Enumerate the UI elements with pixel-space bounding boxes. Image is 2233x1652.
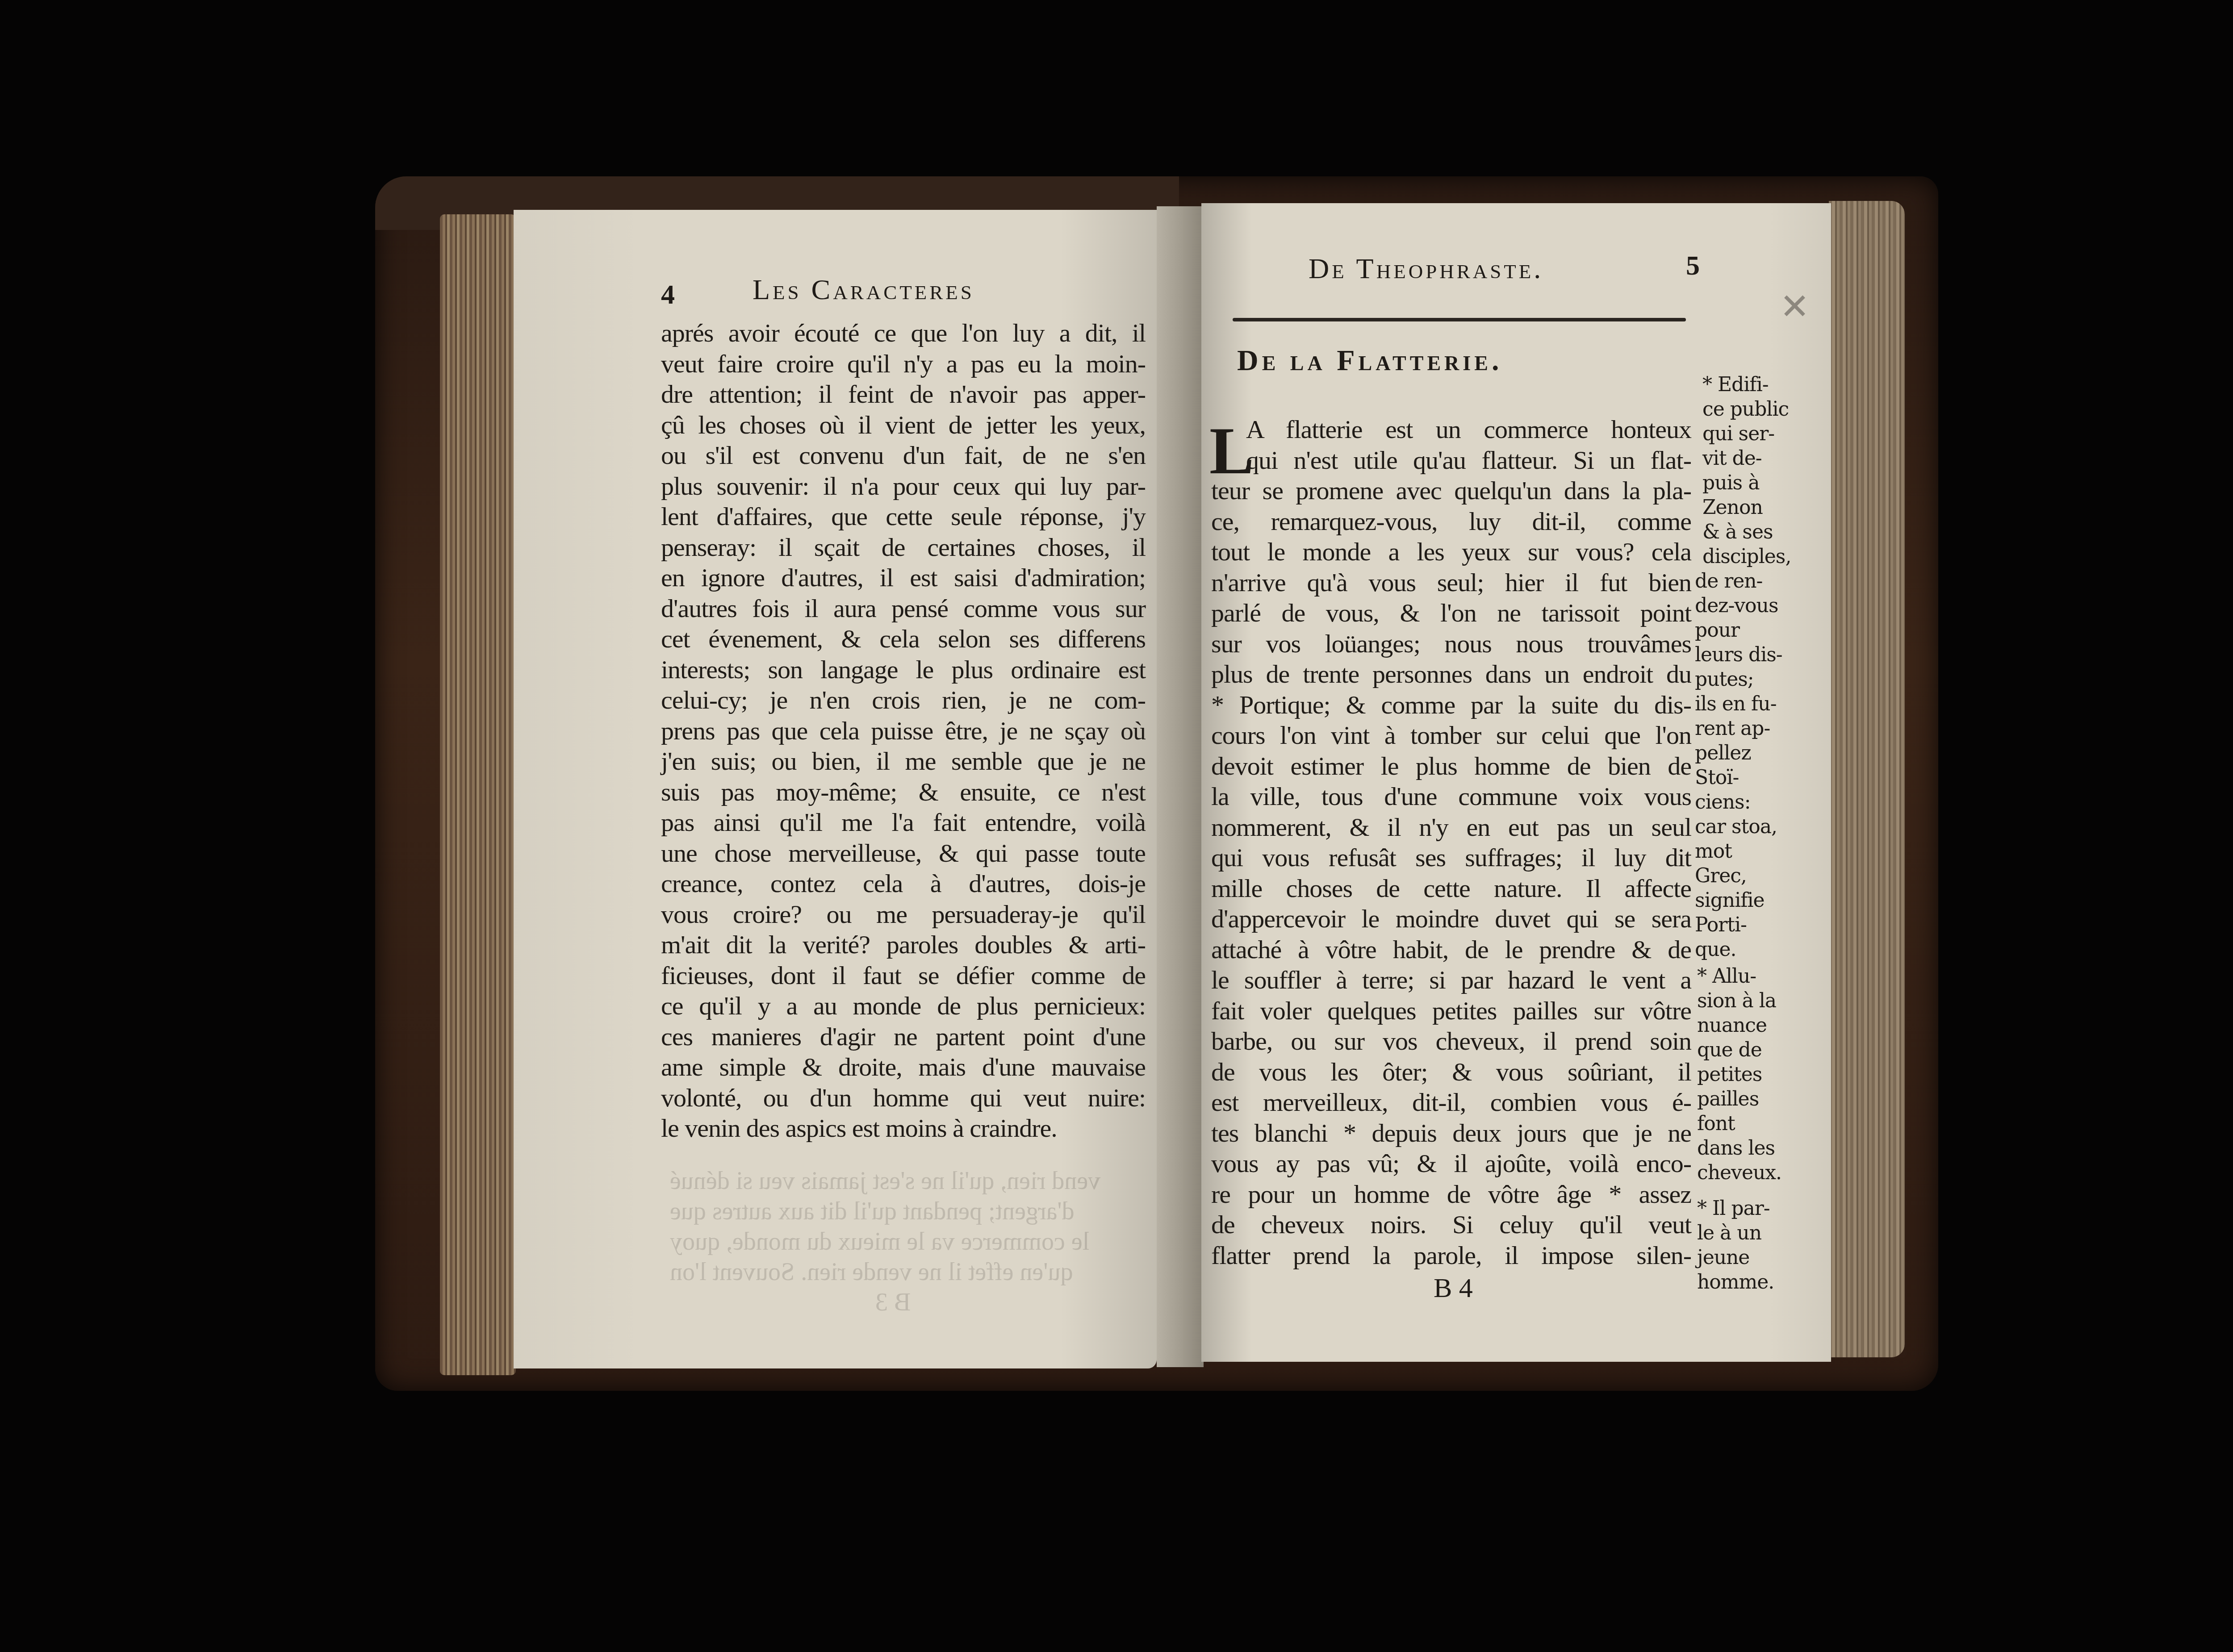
text-line: cours l'on vint à tomber sur celui que l… xyxy=(1211,720,1691,751)
margin-note-line: dez-vous xyxy=(1695,594,1791,618)
text-line: vous ay pas vû; & il ajoûte, voilà enco- xyxy=(1211,1148,1691,1179)
margin-note-line: ciens: xyxy=(1695,790,1791,814)
text-line: vous croire? ou me persuaderay-je qu'il xyxy=(661,899,1146,930)
text-line: tes blanchi * depuis deux jours que je n… xyxy=(1211,1118,1691,1148)
text-line: n'arrive qu'à vous seul; hier il fut bie… xyxy=(1211,567,1691,598)
text-line: aprés avoir écouté ce que l'on luy a dit… xyxy=(661,318,1146,348)
text-line: ces manieres d'agir ne partent point d'u… xyxy=(661,1022,1146,1052)
margin-note-line: Porti- xyxy=(1695,913,1791,937)
text-line: * Portique; & comme par la suite du dis- xyxy=(1211,690,1691,720)
text-line: en ignore d'autres, il est saisi d'admir… xyxy=(661,563,1146,593)
margin-note-line: dans les xyxy=(1697,1136,1793,1160)
signature-mark: B 4 xyxy=(1434,1272,1473,1304)
chapter-title: De la Flatterie. xyxy=(1237,344,1502,378)
show-through-line: d'argent; pendant qu'il dit aux autres q… xyxy=(670,1196,1075,1227)
show-through-line: B 3 xyxy=(875,1287,911,1318)
gutter-shadow xyxy=(1157,206,1204,1367)
left-page-number: 4 xyxy=(661,279,675,311)
margin-note-line: que de xyxy=(1697,1038,1793,1062)
margin-note-line: pailles xyxy=(1697,1087,1793,1111)
text-line: sur vos loüanges; nous nous trouvâmes xyxy=(1211,629,1691,659)
margin-note-line: nuance xyxy=(1697,1014,1793,1038)
text-line: ce, remarquez-vous, luy dit-il, comme xyxy=(1211,506,1691,537)
text-line: d'appercevoir le moindre duvet qui se se… xyxy=(1211,904,1691,934)
margin-note-line: * Edifi- xyxy=(1702,373,1798,397)
headpiece-rule xyxy=(1233,318,1686,321)
text-line: ce qu'il y a au monde de plus pernicieux… xyxy=(661,991,1146,1021)
text-line: une chose merveilleuse, & qui passe tout… xyxy=(661,838,1146,868)
text-line: mille choses de cette nature. Il affecte xyxy=(1211,873,1691,904)
margin-note-line: pour xyxy=(1695,618,1791,642)
margin-note-line: * Allu- xyxy=(1697,964,1793,989)
text-line: d'autres fois il aura pensé comme vous s… xyxy=(661,593,1146,624)
text-line: devoit estimer le plus homme de bien de xyxy=(1211,751,1691,781)
text-line: ou s'il est convenu d'un fait, de ne s'e… xyxy=(661,440,1146,471)
text-line: flatter prend la parole, il impose silen… xyxy=(1211,1240,1691,1271)
margin-note-line: pellez xyxy=(1695,741,1791,765)
text-line: ficieuses, dont il faut se défier comme … xyxy=(661,960,1146,991)
right-page-number: 5 xyxy=(1686,250,1700,282)
margin-note-line: que. xyxy=(1695,938,1791,962)
margin-note-line: jeune xyxy=(1697,1246,1793,1270)
margin-note-line: Zenon xyxy=(1702,496,1798,520)
text-line: volonté, ou d'un homme qui veut nuire: xyxy=(661,1083,1146,1113)
margin-note-line: signifie xyxy=(1695,889,1791,913)
margin-note-line: disciples, xyxy=(1702,545,1798,569)
text-line: interests; son langage le plus ordinaire… xyxy=(661,655,1146,685)
text-line: lent d'affaires, que cette seule réponse… xyxy=(661,501,1146,532)
text-line: nommerent, & il n'y en eut pas un seul xyxy=(1211,812,1691,843)
text-line: attaché à vôtre habit, de le prendre & d… xyxy=(1211,934,1691,965)
text-line: tout le monde a les yeux sur vous? cela xyxy=(1211,537,1691,567)
text-line: plus souvenir: il n'a pour ceux qui luy … xyxy=(661,471,1146,501)
text-line: parlé de vous, & l'on ne tarissoit point xyxy=(1211,598,1691,628)
text-line: teur se promene avec quelqu'un dans la p… xyxy=(1211,476,1691,506)
right-fore-edge xyxy=(1829,201,1905,1357)
text-line: penseray: il sçait de certaines choses, … xyxy=(661,532,1146,563)
margin-note-line: sion à la xyxy=(1697,989,1793,1013)
text-line: cet évenement, & cela selon ses differen… xyxy=(661,624,1146,654)
margin-note-line: Grec, xyxy=(1695,864,1791,888)
margin-note-line: vit de- xyxy=(1702,446,1798,471)
margin-note-line: * Il par- xyxy=(1697,1197,1793,1221)
text-line: creance, contez cela à d'autres, dois-je xyxy=(661,868,1146,899)
text-line: est merveilleux, dit-il, combien vous é- xyxy=(1211,1087,1691,1118)
text-line: j'en suis; ou bien, il me semble que je … xyxy=(661,746,1146,776)
margin-note-line: homme. xyxy=(1697,1270,1793,1294)
text-line: barbe, ou sur vos cheveux, il prend soin xyxy=(1211,1026,1691,1056)
margin-note-line: font xyxy=(1697,1112,1793,1136)
text-line: de vous les ôter; & vous soûriant, il xyxy=(1211,1057,1691,1087)
text-line: A flatterie est un commerce honteux xyxy=(1246,414,1691,445)
text-line: la ville, tous d'une commune voix vous xyxy=(1211,781,1691,812)
text-line: m'ait dit la verité? paroles doubles & a… xyxy=(661,930,1146,960)
text-line: ame simple & droite, mais d'une mauvaise xyxy=(661,1052,1146,1082)
margin-note-line: ce public xyxy=(1702,397,1798,421)
margin-note-line: qui ser- xyxy=(1702,422,1798,446)
text-line: prens pas que cela puisse être, je ne sç… xyxy=(661,716,1146,746)
right-running-head: De Theophraste. xyxy=(1309,252,1543,285)
text-line: de cheveux noirs. Si celuy qu'il veut xyxy=(1211,1210,1691,1240)
margin-note-line: de ren- xyxy=(1695,569,1791,593)
text-line: dre attention; il feint de n'avoir pas a… xyxy=(661,379,1146,409)
text-line: le souffler à terre; si par hazard le ve… xyxy=(1211,965,1691,995)
margin-note-line: leurs dis- xyxy=(1695,643,1791,667)
text-line: re pour un homme de vôtre âge * assez xyxy=(1211,1179,1691,1210)
text-line: celui-cy; je n'en crois rien, je ne com- xyxy=(661,685,1146,715)
text-line: veut faire croire qu'il n'y a pas eu la … xyxy=(661,349,1146,379)
text-line: qui n'est utile qu'au flatteur. Si un fl… xyxy=(1246,445,1691,476)
margin-note-line: Stoï- xyxy=(1695,766,1791,790)
text-line: çû les choses où il vient de jetter les … xyxy=(661,410,1146,440)
text-line: plus de trente personnes dans un endroit… xyxy=(1211,659,1691,689)
margin-note-line: putes; xyxy=(1695,667,1791,692)
margin-note-line: petites xyxy=(1697,1063,1793,1087)
margin-note-line: rent ap- xyxy=(1695,717,1791,741)
pencil-mark-icon: ✕ xyxy=(1780,286,1810,327)
margin-note-line: & à ses xyxy=(1702,520,1798,544)
text-line: suis pas moy-même; & ensuite, ce n'est xyxy=(661,777,1146,807)
show-through-line: qu'en effet il ne vende rien. Souvent l'… xyxy=(670,1256,1073,1288)
text-line: qui vous refusât ses suffrages; il luy d… xyxy=(1211,843,1691,873)
margin-note-line: cheveux. xyxy=(1697,1161,1793,1185)
left-fore-edge xyxy=(440,214,516,1375)
text-line: fait voler quelques petites pailles sur … xyxy=(1211,996,1691,1026)
left-running-head: Les Caracteres xyxy=(753,273,974,306)
text-line: pas ainsi qu'il me l'a fait entendre, vo… xyxy=(661,807,1146,838)
margin-note-line: puis à xyxy=(1702,471,1798,495)
margin-note-line: ils en fu- xyxy=(1695,692,1791,716)
text-line: le venin des aspics est moins à craindre… xyxy=(661,1113,1146,1143)
margin-note-line: mot xyxy=(1695,839,1791,864)
show-through-line: vend rien, qu'il ne s'est jamais veu si … xyxy=(670,1165,1100,1197)
margin-note-line: le à un xyxy=(1697,1221,1793,1245)
margin-note-line: car stoa, xyxy=(1695,815,1791,839)
show-through-line: le commerce va le mieux du monde, quoy xyxy=(670,1226,1089,1257)
